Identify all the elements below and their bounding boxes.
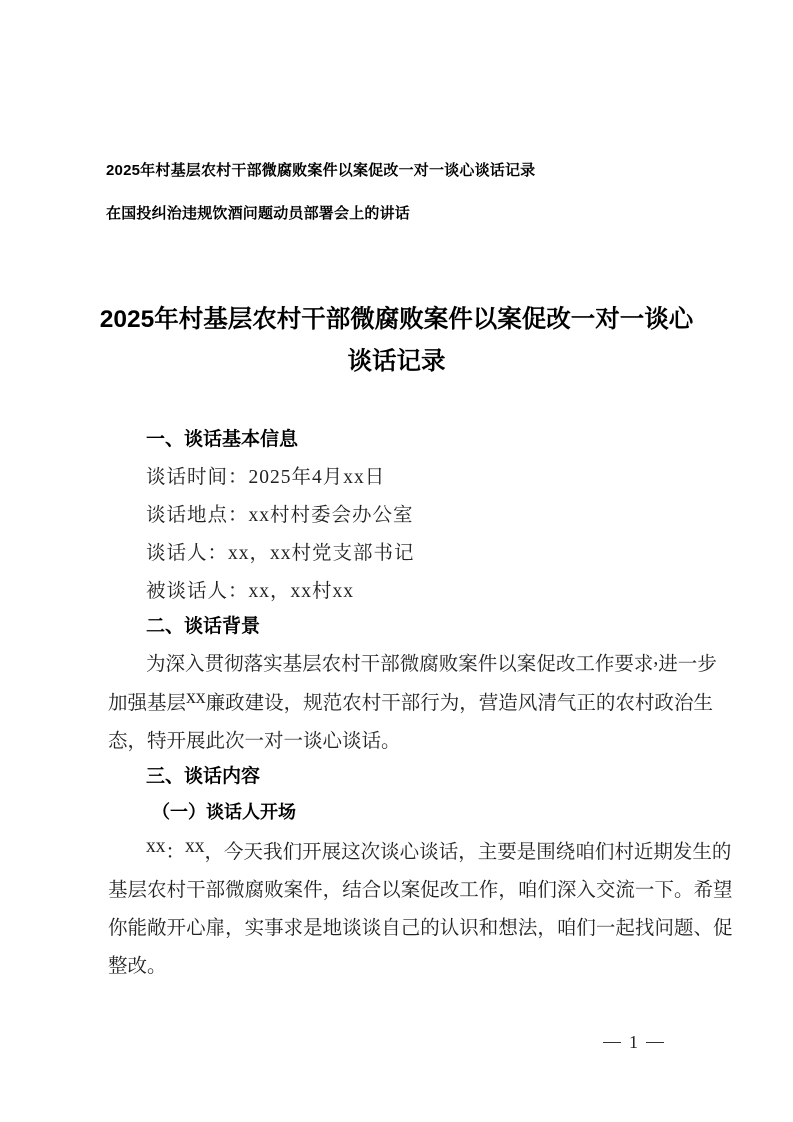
glyph: ， — [284, 687, 304, 715]
glyph: 开 — [302, 836, 322, 864]
glyph: 为 — [440, 687, 460, 715]
toc-link-speech[interactable]: 在国投纠治违规饮酒问题动员部署会上的讲话 — [106, 202, 410, 223]
glyph: 法 — [518, 912, 538, 940]
glyph: 促 — [420, 874, 440, 902]
glyph: 结 — [342, 874, 362, 902]
field-interviewee: 被谈话人：xx，xx村xx — [146, 575, 354, 603]
glyph: 们 — [576, 912, 596, 940]
glyph: 要 — [497, 836, 517, 864]
glyph: 一 — [678, 648, 698, 676]
glyph: 的 — [596, 687, 616, 715]
glyph: 你 — [108, 912, 128, 940]
glyph: 进 — [658, 648, 678, 676]
glyph: 心 — [400, 836, 420, 864]
glyph: 地 — [323, 912, 343, 940]
glyph: 规 — [303, 687, 323, 715]
glyph: x — [185, 836, 195, 864]
glyph: 识 — [459, 912, 479, 940]
glyph: 的 — [712, 836, 732, 864]
glyph: 围 — [536, 836, 556, 864]
glyph: 农 — [322, 648, 342, 676]
glyph: 微 — [225, 874, 245, 902]
glyph: 想 — [498, 912, 518, 940]
glyph: 促 — [536, 648, 556, 676]
glyph: 们 — [283, 836, 303, 864]
glyph: ， — [458, 836, 478, 864]
glyph: 敞 — [147, 912, 167, 940]
glyph: 己 — [401, 912, 421, 940]
glyph: ， — [498, 874, 518, 902]
glyph: 求 — [634, 648, 654, 676]
glyph: 合 — [362, 874, 382, 902]
glyph: 一 — [635, 874, 655, 902]
glyph: 起 — [615, 912, 635, 940]
glyph: 正 — [576, 687, 596, 715]
glyph: 作 — [595, 648, 615, 676]
glyph: x — [186, 687, 196, 715]
glyph: 谈 — [380, 836, 400, 864]
glyph: 村 — [635, 687, 655, 715]
glyph: 气 — [557, 687, 577, 715]
glyph: 、 — [693, 912, 713, 940]
glyph: 加 — [108, 687, 128, 715]
glyph: 清 — [537, 687, 557, 715]
glyph: 和 — [479, 912, 499, 940]
glyph: 天 — [244, 836, 264, 864]
glyph: 村 — [614, 836, 634, 864]
glyph: ， — [323, 874, 343, 902]
glyph: ， — [225, 912, 245, 940]
glyph: 以 — [381, 874, 401, 902]
glyph: 部 — [380, 648, 400, 676]
glyph: 话 — [439, 836, 459, 864]
glyph: 展 — [322, 836, 342, 864]
glyph: 件 — [478, 648, 498, 676]
glyph: 层 — [167, 687, 187, 715]
glyph: 是 — [517, 836, 537, 864]
glyph: 造 — [498, 687, 518, 715]
glyph: 问 — [654, 912, 674, 940]
glyph: 案 — [517, 648, 537, 676]
content-line-3: 你能敞开心扉，实事求是地谈谈自己的认识和想法，咱们一起找问题、促 — [108, 912, 690, 940]
document-page: 2025年村基层农村干部微腐败案件以案促改一对一谈心谈话记录 在国投纠治违规饮酒… — [0, 0, 793, 1122]
glyph: 败 — [439, 648, 459, 676]
glyph: 件 — [303, 874, 323, 902]
glyph: 入 — [185, 648, 205, 676]
glyph: 次 — [361, 836, 381, 864]
glyph: 发 — [673, 836, 693, 864]
glyph: 腐 — [245, 874, 265, 902]
glyph: 廉 — [206, 687, 226, 715]
glyph: 深 — [166, 648, 186, 676]
glyph: 咱 — [518, 874, 538, 902]
glyph: 要 — [614, 648, 634, 676]
glyph: 开 — [167, 912, 187, 940]
glyph: 农 — [147, 874, 167, 902]
dash-left — [603, 1042, 621, 1043]
section-heading-basic-info: 一、谈话基本信息 — [146, 424, 298, 451]
glyph: 们 — [595, 836, 615, 864]
glyph: 深 — [557, 874, 577, 902]
glyph: 村 — [362, 687, 382, 715]
glyph: ， — [205, 836, 225, 864]
glyph: 部 — [401, 687, 421, 715]
glyph: 是 — [303, 912, 323, 940]
glyph: 入 — [576, 874, 596, 902]
glyph: 谈 — [419, 836, 439, 864]
glyph: 建 — [245, 687, 265, 715]
glyph: 实 — [245, 912, 265, 940]
glyph: 行 — [420, 687, 440, 715]
glyph: ， — [537, 912, 557, 940]
glyph: 改 — [440, 874, 460, 902]
glyph: 这 — [341, 836, 361, 864]
glyph: 村 — [167, 874, 187, 902]
glyph: 的 — [420, 912, 440, 940]
glyph: 。 — [674, 874, 694, 902]
section-heading-content: 三、谈话内容 — [146, 761, 260, 788]
glyph: 谈 — [362, 912, 382, 940]
paragraph-text: 态，特开展此次一对一谈心谈话。 — [108, 725, 401, 753]
field-talk-time: 谈话时间：2025年4月xx日 — [146, 461, 385, 489]
glyph: 促 — [713, 912, 733, 940]
glyph: 求 — [284, 912, 304, 940]
glyph: 基 — [147, 687, 167, 715]
content-line-4: 整改。 — [108, 950, 690, 978]
page-number: 1 — [603, 1032, 664, 1053]
glyph: 贯 — [205, 648, 225, 676]
glyph: 以 — [497, 648, 517, 676]
glyph: 今 — [224, 836, 244, 864]
glyph: 范 — [323, 687, 343, 715]
glyph: 能 — [128, 912, 148, 940]
glyph: x — [195, 836, 205, 864]
glyph: 风 — [518, 687, 538, 715]
glyph: x — [196, 687, 206, 715]
glyph: 政 — [225, 687, 245, 715]
glyph: 腐 — [419, 648, 439, 676]
glyph: 干 — [381, 687, 401, 715]
page-number-value: 1 — [629, 1032, 638, 1053]
background-line-3: 态，特开展此次一对一谈心谈话。 — [108, 725, 690, 753]
glyph: 期 — [653, 836, 673, 864]
glyph: 干 — [186, 874, 206, 902]
glyph: 工 — [459, 874, 479, 902]
glyph: 强 — [128, 687, 148, 715]
glyph: 设 — [264, 687, 284, 715]
glyph: 落 — [244, 648, 264, 676]
field-talk-location: 谈话地点：xx村村委会办公室 — [146, 499, 414, 527]
content-line-2: 基层农村干部微腐败案件，结合以案促改工作，咱们深入交流一下。希望 — [108, 874, 690, 902]
glyph: 政 — [654, 687, 674, 715]
glyph: 自 — [381, 912, 401, 940]
glyph: 干 — [361, 648, 381, 676]
glyph: 下 — [654, 874, 674, 902]
glyph: 层 — [128, 874, 148, 902]
glyph: x — [156, 836, 166, 864]
background-line-2: 加强基层xx廉政建设，规范农村干部行为，营造风清气正的农村政治生 — [108, 687, 690, 715]
glyph: 基 — [283, 648, 303, 676]
document-title-line1: 2025年村基层农村干部微腐败案件以案促改一对一谈心 — [90, 300, 703, 335]
glyph: 找 — [635, 912, 655, 940]
glyph: 作 — [479, 874, 499, 902]
glyph: 步 — [697, 648, 717, 676]
glyph: 近 — [634, 836, 654, 864]
glyph: 为 — [146, 648, 166, 676]
glyph: 一 — [596, 912, 616, 940]
document-title-line2: 谈话记录 — [90, 342, 703, 377]
glyph: 案 — [401, 874, 421, 902]
glyph: 们 — [537, 874, 557, 902]
toc-link-talk-record[interactable]: 2025年村基层农村干部微腐败案件以案促改一对一谈心谈话记录 — [106, 159, 535, 180]
glyph: 营 — [479, 687, 499, 715]
glyph: 治 — [674, 687, 694, 715]
glyph: 层 — [302, 648, 322, 676]
glyph: 部 — [206, 874, 226, 902]
glyph: 题 — [674, 912, 694, 940]
paragraph-text: 整改。 — [108, 950, 167, 978]
glyph: 农 — [615, 687, 635, 715]
glyph: 心 — [186, 912, 206, 940]
glyph: 案 — [284, 874, 304, 902]
glyph: 生 — [692, 836, 712, 864]
glyph: 主 — [478, 836, 498, 864]
glyph: ： — [166, 836, 186, 864]
glyph: 扉 — [206, 912, 226, 940]
glyph: 事 — [264, 912, 284, 940]
glyph: 流 — [615, 874, 635, 902]
glyph: 村 — [341, 648, 361, 676]
glyph: x — [146, 836, 156, 864]
glyph: 认 — [440, 912, 460, 940]
glyph: 工 — [575, 648, 595, 676]
glyph: 绕 — [556, 836, 576, 864]
glyph: 农 — [342, 687, 362, 715]
glyph: 我 — [263, 836, 283, 864]
glyph: ， — [459, 687, 479, 715]
section-heading-background: 二、谈话背景 — [146, 611, 260, 638]
glyph: 交 — [596, 874, 616, 902]
dash-right — [646, 1042, 664, 1043]
glyph: 实 — [263, 648, 283, 676]
glyph: 生 — [693, 687, 713, 715]
subsection-heading-opening: （一）谈话人开场 — [152, 798, 296, 824]
content-line-1: xx：xx，今天我们开展这次谈心谈话，主要是围绕咱们村近期发生的 — [146, 836, 690, 864]
glyph: 望 — [713, 874, 733, 902]
background-line-1: 为深入贯彻落实基层农村干部微腐败案件以案促改工作要求,进一步 — [146, 648, 690, 676]
glyph: 咱 — [575, 836, 595, 864]
field-interviewer: 谈话人：xx，xx村党支部书记 — [146, 537, 415, 565]
glyph: 谈 — [342, 912, 362, 940]
glyph: 希 — [693, 874, 713, 902]
glyph: 咱 — [557, 912, 577, 940]
glyph: 基 — [108, 874, 128, 902]
glyph: 案 — [458, 648, 478, 676]
glyph: 改 — [556, 648, 576, 676]
glyph: 败 — [264, 874, 284, 902]
glyph: 微 — [400, 648, 420, 676]
glyph: 彻 — [224, 648, 244, 676]
